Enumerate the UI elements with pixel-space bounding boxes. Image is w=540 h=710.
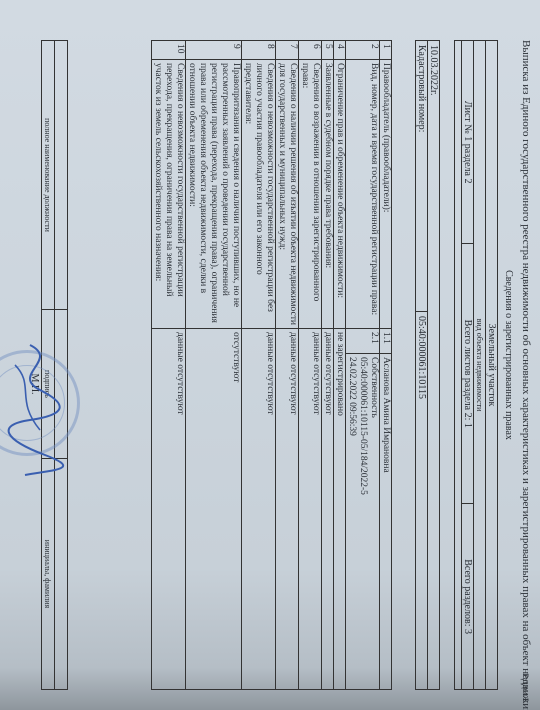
row-label: Сведения о невозможности государственной… [152,60,186,329]
object-type: Земельный участок [486,41,498,690]
row-number: 4 [334,41,346,60]
document-page: Раздел 2 Выписка из Единого государствен… [0,0,540,710]
table-row: 8Сведения о невозможности государственно… [242,41,276,690]
row-label: Заявленные в судебном порядке права треб… [322,60,334,329]
row-number: 9 [186,41,242,60]
row-value: данные отсутствуют [299,329,322,690]
table-row: 1Правообладатель (правообладатели):1.1Ас… [380,41,392,690]
table-row: 4Ограничение прав и обременение объекта … [334,41,346,690]
document-title: Выписка из Единого государственного реес… [520,40,532,690]
table-row: 10Сведения о невозможности государственн… [152,41,186,690]
row-number: 7 [276,41,299,60]
cadastral-label: Кадастровый номер: [416,41,428,312]
row-label: Правообладатель (правообладатели): [380,60,392,329]
extract-date: 10.03.2022г. [428,41,440,690]
row-value: данные отсутствуют [322,329,334,690]
total-sheets-section: Всего листов раздела 2: 1 [462,244,474,504]
sheet-label: Лист № 1 раздела 2 [462,41,474,244]
table-row: 9Правопритязания и сведения о наличии по… [186,41,242,690]
row-subnumber: 1.1 [380,329,392,354]
row-value: Собственность 05:40:000061:10115-05/184/… [346,354,380,690]
row-number: 5 [322,41,334,60]
row-label: Сведения о наличии решения об изъятии об… [276,60,299,329]
cadastral-number: 05:40:000061:10115 [416,312,428,690]
row-value: данные отсутствуют [276,329,299,690]
table-row: 6Сведения о возражении в отношении зарег… [299,41,322,690]
row-number: 2 [346,41,380,60]
info-table: 10.03.2022г. Кадастровый номер: 05:40:00… [415,40,440,690]
row-label: Сведения о возражении в отношении зареги… [299,60,322,329]
row-value: данные отсутствуют [242,329,276,690]
row-number: 10 [152,41,186,60]
row-label: Ограничение прав и обременение объекта н… [334,60,346,329]
initials-caption: инициалы, фамилия [42,459,55,690]
row-number: 8 [242,41,276,60]
row-number: 1 [380,41,392,60]
row-value: данные отсутствуют [152,329,186,690]
signature-mark [0,340,70,480]
total-sections: Всего разделов: 3 [462,504,474,690]
rights-table: 1Правообладатель (правообладатели):1.1Ас… [151,40,392,690]
document-subtitle: Сведения о зарегистрированных правах [503,0,514,710]
header-table: Земельный участок вид объекта недвижимос… [454,40,498,690]
row-label: Сведения о невозможности государственной… [242,60,276,329]
row-value: отсутствуют [186,329,242,690]
table-row: 7Сведения о наличии решения об изъятии о… [276,41,299,690]
row-label: Правопритязания и сведения о наличии пос… [186,60,242,329]
object-type-caption: вид объекта недвижимости [474,41,486,690]
row-subnumber: 2.1 [346,329,380,354]
row-number: 6 [299,41,322,60]
row-label: Вид, номер, дата и время государственной… [346,60,380,329]
table-row: 2Вид, номер, дата и время государственно… [346,41,380,690]
row-value: не зарегистрировано [334,329,346,690]
table-row: 5Заявленные в судебном порядке права тре… [322,41,334,690]
position-caption: полное наименование должности [42,41,55,310]
row-value: Асланова Амина Имрановна [380,354,392,690]
